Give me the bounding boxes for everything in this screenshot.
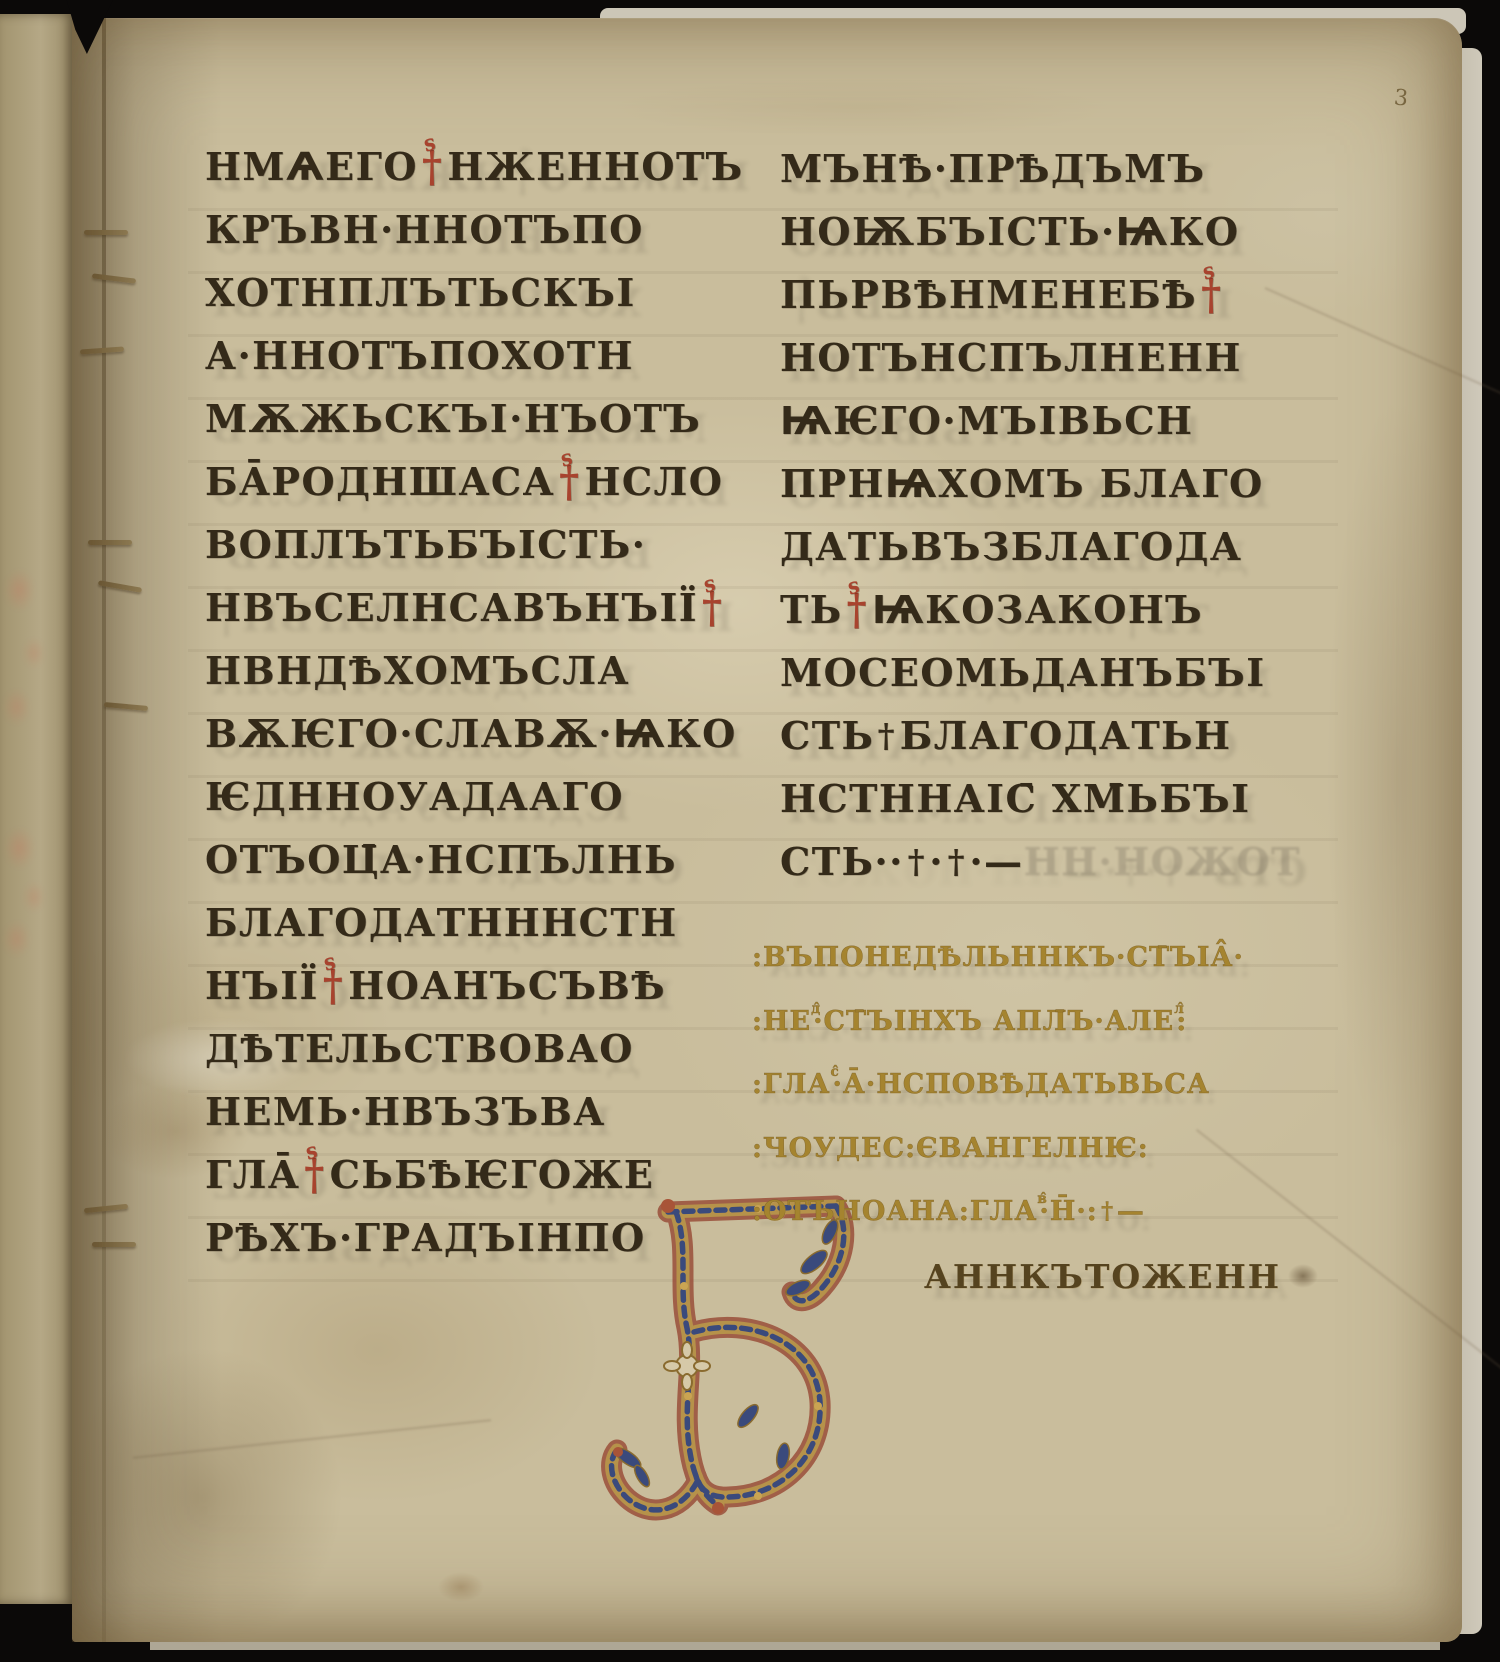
line-text: :НЕд̂·СТ̄ЪІНХЪ АПЛ̄Ъ·АЛЕл̂: — [752, 1006, 1187, 1037]
line-text: НВНДѢХОМЪСЛА — [205, 648, 630, 693]
text-line: :НЕд̂·СТ̄ЪІНХЪ АПЛ̄Ъ·АЛЕл̂::НЕд̂·СТ̄ЪІНХ… — [752, 1008, 1187, 1035]
bleedthrough-ornament — [2, 820, 60, 960]
line-text: ВОПЛЪТЬБЪІСТЬ· — [205, 522, 646, 567]
bleedthrough-text: НН·НОЖОТ — [1024, 839, 1301, 884]
text-line: СТЬ··†·†·—НН·НОЖОТСТЬ··†·†·—НН·НОЖОТ — [780, 843, 1301, 881]
line-text: БЛАГОДАТНННСТН — [205, 900, 678, 945]
line-text: МЪНѢ·ПРѢДЪМЪ — [780, 146, 1205, 191]
parchment-stain — [438, 1572, 484, 1602]
text-line: А·ННОТЪПОХОТНА·ННОТЪПОХОТН — [205, 337, 634, 375]
bleedthrough-ornament — [2, 554, 60, 734]
line-text: РѢХЪ·ГРАДЪІНПО — [205, 1215, 646, 1260]
text-line: НОѬБЪІСТЬ·ѨКОНОѬБЪІСТЬ·ѨКО — [780, 213, 1239, 251]
line-text: НЪІЇ†ѕНОАНЪСЪВѢ — [205, 963, 666, 1008]
line-text: МОСЕОМЬДАНЪБЪІ — [780, 650, 1265, 695]
text-line: НМѦЕГО†ѕНЖЕННОТЪНМѦЕГО†ѕНЖЕННОТЪ — [205, 148, 744, 186]
text-line: ѤДННОУАДААГОѤДННОУАДААГО — [205, 778, 624, 816]
facing-page-edge — [0, 14, 74, 1604]
text-line: НЪІЇ†ѕНОАНЪСЪВѢНЪІЇ†ѕНОАНЪСЪВѢ — [205, 967, 666, 1005]
text-line: БА̄РОДНШАСА†ѕНСЛОБА̄РОДНШАСА†ѕНСЛО — [205, 463, 723, 501]
line-text: СТЬ··†·†·—НН·НОЖОТ — [780, 839, 1301, 884]
line-text: ТЬ†ѕѨКОЗАКОНЪ — [780, 587, 1203, 632]
line-text: ГЛА̄†ѕСЬБѢѤГОЖЕ — [205, 1152, 654, 1197]
folio-number: 3 — [1393, 85, 1410, 111]
line-text: НВЪСЕЛНСАВЪНЪІЇ†ѕ — [205, 585, 727, 630]
ink-cross-mark: † — [878, 720, 896, 752]
text-line: ПЬРВѢНМЕНЕБѢ†ѕПЬРВѢНМЕНЕБѢ†ѕ — [780, 276, 1227, 314]
line-text: :ЧОУДЕС:ЄВАНГЕЛНѤ: — [752, 1133, 1149, 1164]
red-cross-mark: †ѕ — [422, 146, 443, 189]
line-text: ОТЪОЦ̄А·НСПЪЛНЬ — [205, 837, 677, 882]
text-line: :ЧОУДЕС:ЄВАНГЕЛНѤ::ЧОУДЕС:ЄВАНГЕЛНѤ: — [752, 1135, 1149, 1162]
line-text: ДѢТЕЛЬСТВОВАО — [205, 1026, 634, 1071]
text-line: :ВЪПОНЕДѢЛЬННКЪ·СТ̄ЪІА̂·:ВЪПОНЕДѢЛЬННКЪ·… — [752, 944, 1244, 971]
text-line: НВНДѢХОМЪСЛАНВНДѢХОМЪСЛА — [205, 652, 630, 690]
text-line: МОСЕОМЬДАНЪБЪІМОСЕОМЬДАНЪБЪІ — [780, 654, 1265, 692]
line-text: МѪЖЬСКЪІ·НЪОТЪ — [205, 396, 701, 441]
text-line: РѢХЪ·ГРАДЪІНПОРѢХЪ·ГРАДЪІНПО — [205, 1219, 646, 1257]
text-line: ХОТНПЛЪТЬСКЪІХОТНПЛЪТЬСКЪІ — [205, 274, 636, 312]
line-text: ДАТЬВЪЗБЛАГОДА — [780, 524, 1242, 569]
line-text: :ВЪПОНЕДѢЛЬННКЪ·СТ̄ЪІА̂· — [752, 942, 1244, 973]
text-line: :ОТЪНОАНА:ГЛАв̂·Н̄·:†—:ОТЪНОАНА:ГЛАв̂·Н̄… — [752, 1198, 1145, 1225]
superscript-letter: д̂ — [811, 1003, 813, 1017]
text-line: ОТЪОЦ̄А·НСПЪЛНЬОТЪОЦ̄А·НСПЪЛНЬ — [205, 841, 677, 879]
text-line: ДѢТЕЛЬСТВОВАОДѢТЕЛЬСТВОВАО — [205, 1030, 634, 1068]
ink-cross-mark: † — [948, 846, 966, 878]
line-text: БА̄РОДНШАСА†ѕНСЛО — [205, 459, 723, 504]
superscript-letter: с̂ — [830, 1066, 832, 1080]
text-line: НЕМЬ·НВЪЗЪВАНЕМЬ·НВЪЗЪВА — [205, 1093, 606, 1131]
line-text: НОѬБЪІСТЬ·ѨКО — [780, 209, 1239, 254]
ink-cross-mark: † — [907, 846, 925, 878]
ink-cross-mark: † — [1101, 1200, 1114, 1223]
parchment-stain — [612, 78, 1112, 138]
text-line: СТЬ†БЛАГОДАТЬНСТЬ†БЛАГОДАТЬН — [780, 717, 1231, 755]
text-line: МЪНѢ·ПРѢДЪМЪМЪНѢ·ПРѢДЪМЪ — [780, 150, 1205, 188]
line-text: ПЬРВѢНМЕНЕБѢ†ѕ — [780, 272, 1227, 317]
text-line: АННКЪТОЖЕННАННКЪТОЖЕНН — [924, 1260, 1281, 1293]
text-line: БЛАГОДАТНННСТНБЛАГОДАТНННСТН — [205, 904, 678, 942]
line-text: ѨѤГО·МЪІВЬСН — [780, 398, 1193, 443]
red-cross-mark: †ѕ — [1201, 274, 1222, 317]
line-text: НОТЪНСПЪЛНЕНН — [780, 335, 1242, 380]
line-text: ХОТНПЛЪТЬСКЪІ — [205, 270, 636, 315]
text-line: ПРНѨХОМЪ БЛАГОПРНѨХОМЪ БЛАГО — [780, 465, 1264, 503]
binding-stitch — [88, 540, 132, 545]
line-text: ПРНѨХОМЪ БЛАГО — [780, 461, 1264, 506]
red-cross-mark: †ѕ — [323, 965, 344, 1008]
text-line: ТЬ†ѕѨКОЗАКОНЪТЬ†ѕѨКОЗАКОНЪ — [780, 591, 1203, 629]
line-text: :ОТЪНОАНА:ГЛАв̂·Н̄·:†— — [752, 1196, 1145, 1227]
line-text: НМѦЕГО†ѕНЖЕННОТЪ — [205, 144, 744, 189]
superscript-letter: л̂ — [1174, 1003, 1176, 1017]
line-text: ѤДННОУАДААГО — [205, 774, 624, 819]
line-text: СТЬ†БЛАГОДАТЬН — [780, 713, 1231, 758]
line-text: А·ННОТЪПОХОТН — [205, 333, 634, 378]
parchment-stain — [1327, 398, 1467, 1158]
text-line: НОТЪНСПЪЛНЕНННОТЪНСПЪЛНЕНН — [780, 339, 1242, 377]
text-line: ДАТЬВЪЗБЛАГОДАДАТЬВЪЗБЛАГОДА — [780, 528, 1242, 566]
superscript-letter: в̂ — [1037, 1193, 1039, 1207]
line-text: АННКЪТОЖЕНН — [924, 1257, 1281, 1296]
red-cross-mark: †ѕ — [702, 587, 723, 630]
text-line: :ГЛАс̂·А̄·НСПОВѢДАТЬВЬСА:ГЛАс̂·А̄·НСПОВѢ… — [752, 1071, 1210, 1098]
red-cross-mark: †ѕ — [304, 1154, 325, 1197]
line-text: НЕМЬ·НВЪЗЪВА — [205, 1089, 606, 1134]
red-cross-mark: †ѕ — [847, 589, 868, 632]
text-line: МѪЖЬСКЪІ·НЪОТЪМѪЖЬСКЪІ·НЪОТЪ — [205, 400, 701, 438]
text-line: ВОПЛЪТЬБЪІСТЬ·ВОПЛЪТЬБЪІСТЬ· — [205, 526, 646, 564]
line-text: :ГЛАс̂·А̄·НСПОВѢДАТЬВЬСА — [752, 1069, 1210, 1100]
text-line: НСТННАІС̄ ХМ̄ЬБЪІНСТННАІС̄ ХМ̄ЬБЪІ — [780, 780, 1250, 818]
manuscript-page: 3 НМѦЕГО†ѕНЖЕННОТЪНМѦЕГО†ѕНЖЕННОТЪКРЪВН·… — [72, 18, 1462, 1642]
manuscript-photo: 3 НМѦЕГО†ѕНЖЕННОТЪНМѦЕГО†ѕНЖЕННОТЪКРЪВН·… — [0, 0, 1500, 1662]
text-line: НВЪСЕЛНСАВЪНЪІЇ†ѕНВЪСЕЛНСАВЪНЪІЇ†ѕ — [205, 589, 727, 627]
line-text: ВѪѤГО·СЛАВѪ·ѨКО — [205, 711, 737, 756]
line-text: КРЪВН·ННОТЪПО — [205, 207, 644, 252]
text-line: КРЪВН·ННОТЪПОКРЪВН·ННОТЪПО — [205, 211, 644, 249]
text-line: ѨѤГО·МЪІВЬСНѨѤГО·МЪІВЬСН — [780, 402, 1193, 440]
binding-stitch — [92, 1242, 136, 1247]
text-line: ВѪѤГО·СЛАВѪ·ѨКОВѪѤГО·СЛАВѪ·ѨКО — [205, 715, 737, 753]
binding-stitch — [84, 230, 128, 235]
text-line: ГЛА̄†ѕСЬБѢѤГОЖЕГЛА̄†ѕСЬБѢѤГОЖЕ — [205, 1156, 654, 1194]
red-cross-mark: †ѕ — [559, 461, 580, 504]
gutter-fold-line — [102, 18, 106, 1642]
line-text: НСТННАІС̄ ХМ̄ЬБЪІ — [780, 776, 1250, 821]
